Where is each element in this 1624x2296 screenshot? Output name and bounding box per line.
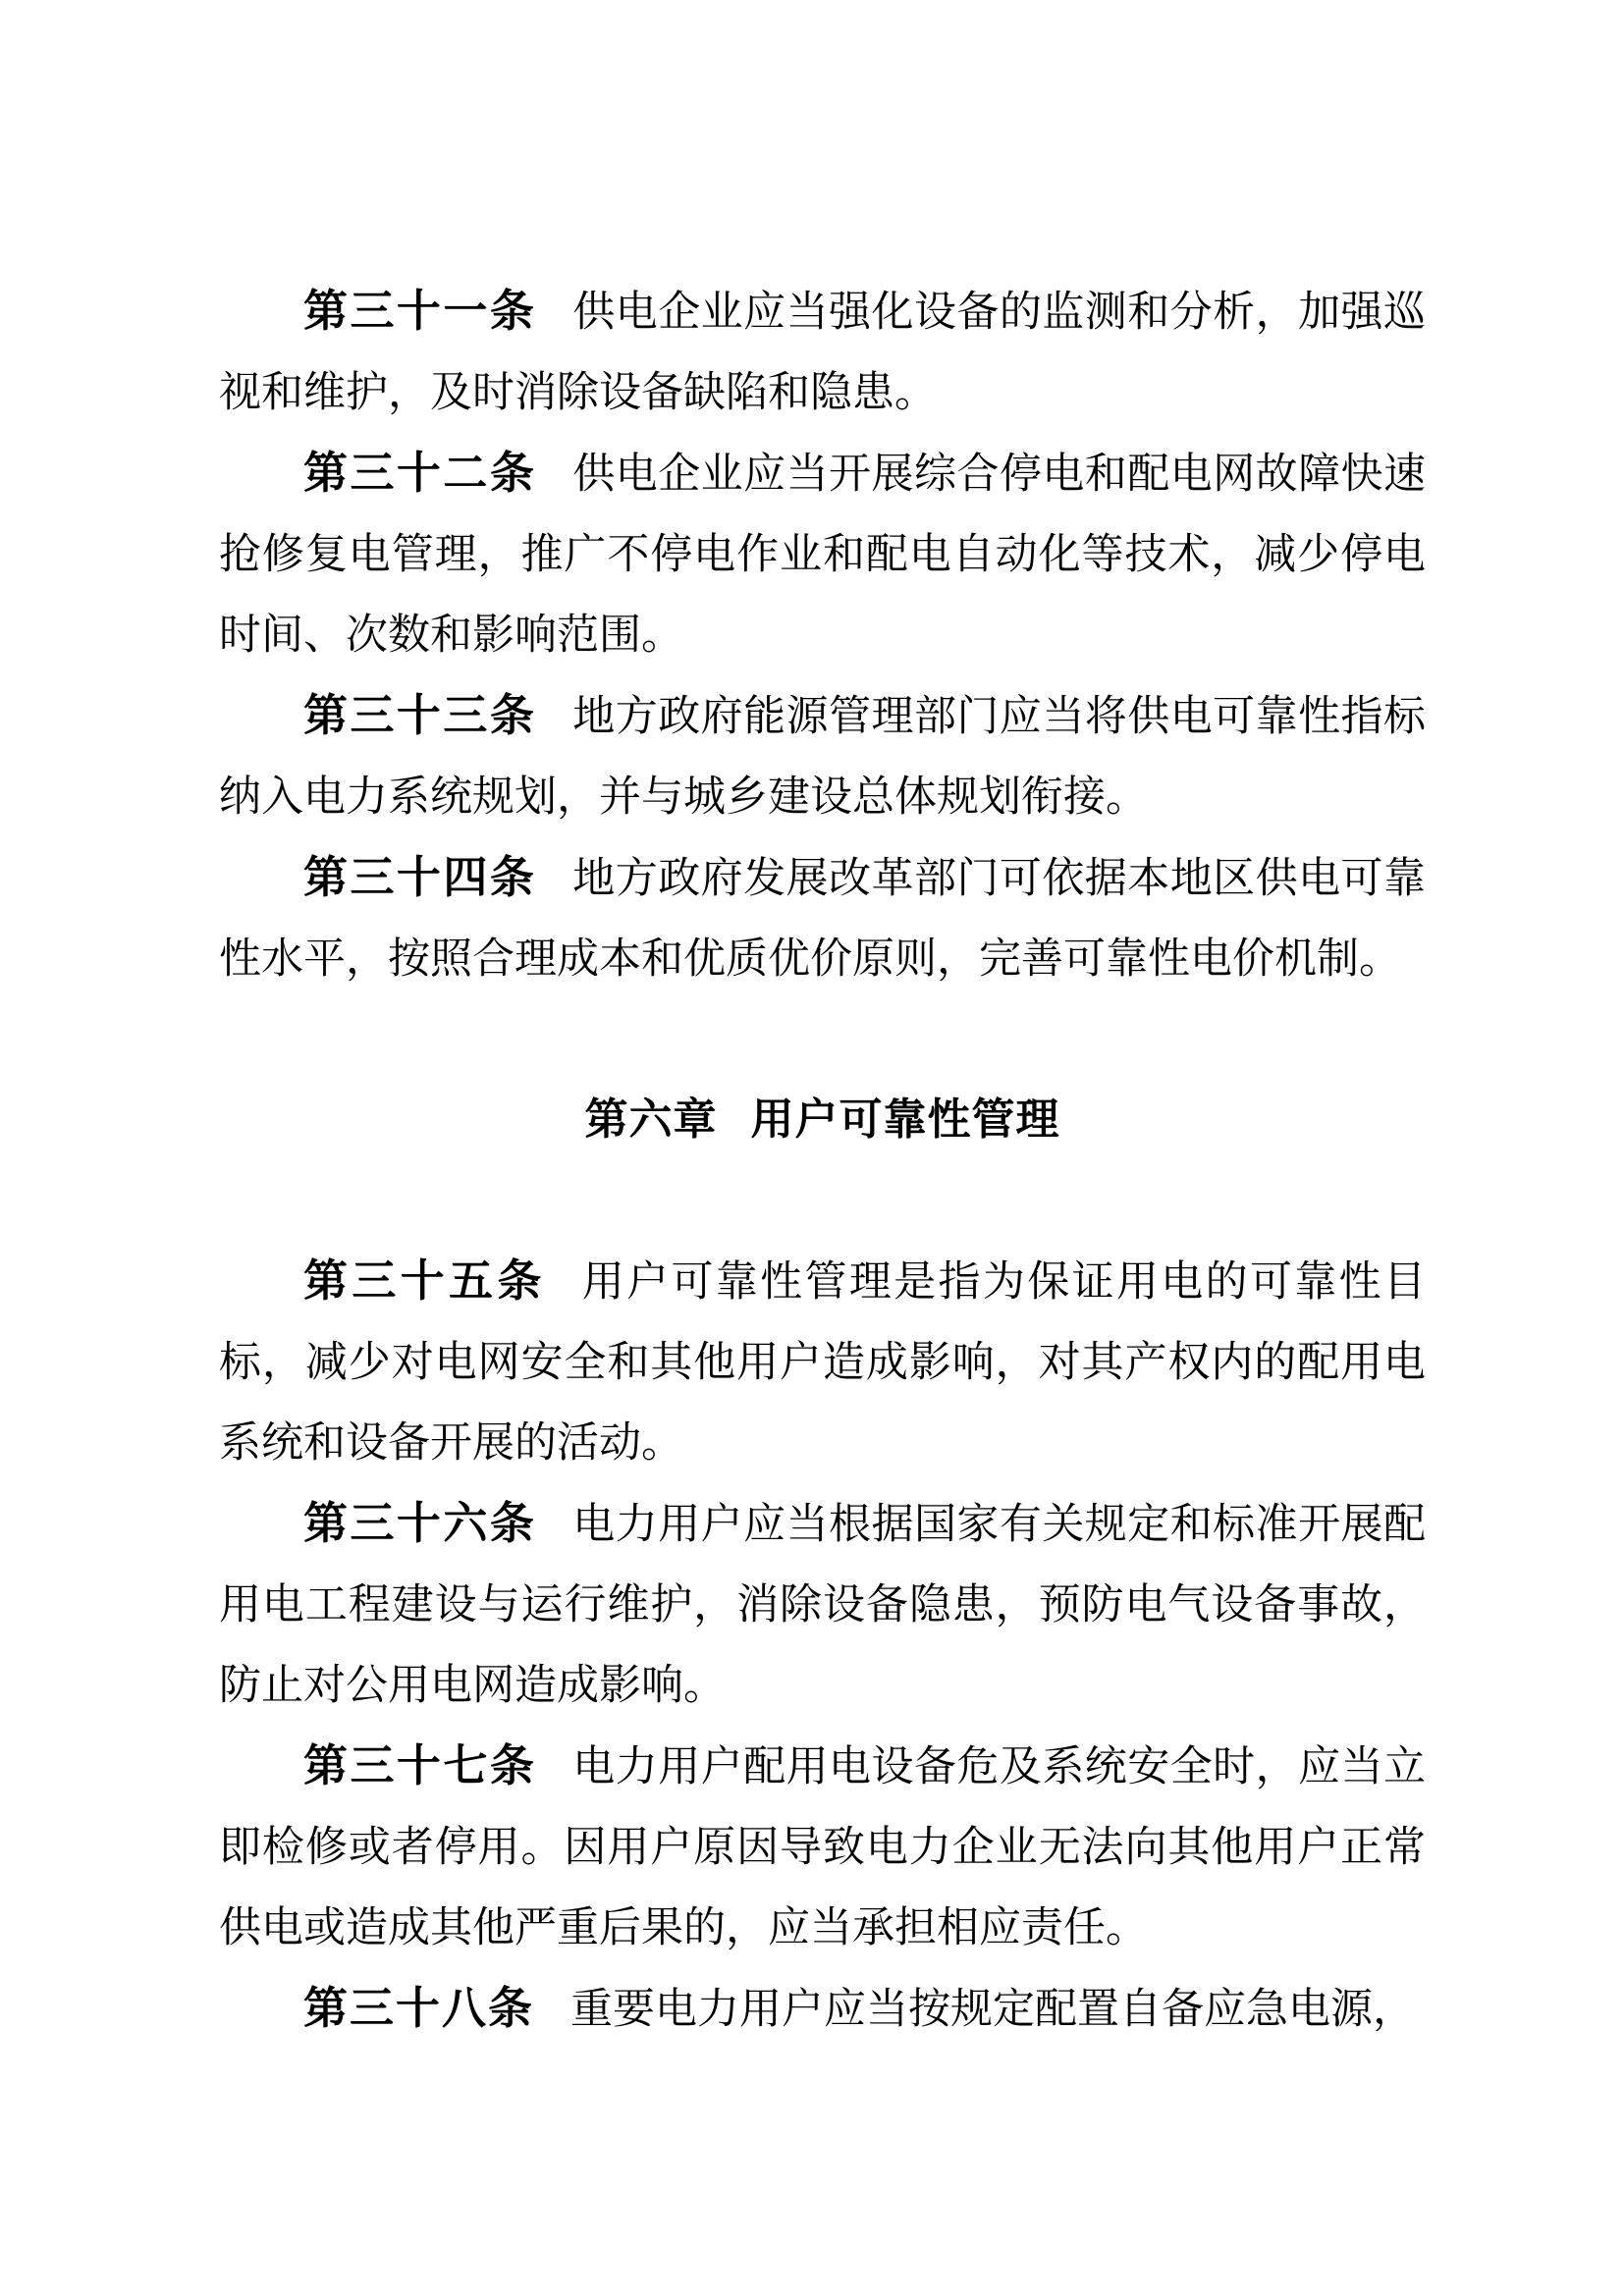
article-paragraph: 第三十七条电力用户配用电设备危及系统安全时，应当立即检修或者停用。因用户原因导致…: [219, 1726, 1426, 1968]
article-paragraph: 第三十一条供电企业应当强化设备的监测和分析，加强巡视和维护，及时消除设备缺陷和隐…: [219, 271, 1426, 433]
article-number-label: 第三十八条: [303, 1982, 534, 2034]
article-paragraph: 第三十四条地方政府发展改革部门可依据本地区供电可靠性水平，按照合理成本和优质优价…: [219, 837, 1426, 999]
article-text: 重要电力用户应当按规定配置自备应急电源，: [570, 1985, 1415, 2034]
article-number-label: 第三十二条: [303, 447, 536, 499]
chapter-title: 用户可靠性管理: [751, 1095, 1060, 1145]
chapter-heading: 第六章用户可靠性管理: [219, 1080, 1426, 1160]
article-paragraph: 第三十二条供电企业应当开展综合停电和配电网故障快速抢修复电管理，推广不停电作业和…: [219, 433, 1426, 675]
article-paragraph: 第三十三条地方政府能源管理部门应当将供电可靠性指标纳入电力系统规划，并与城乡建设…: [219, 675, 1426, 837]
article-number-label: 第三十一条: [303, 285, 536, 337]
chapter-number: 第六章: [585, 1095, 718, 1145]
article-paragraph: 第三十五条用户可靠性管理是指为保证用电的可靠性目标，减少对电网安全和其他用户造成…: [219, 1241, 1426, 1483]
document-text-block: 第三十一条供电企业应当强化设备的监测和分析，加强巡视和维护，及时消除设备缺陷和隐…: [219, 271, 1426, 2050]
article-paragraph: 第三十六条电力用户应当根据国家有关规定和标准开展配用电工程建设与运行维护，消除设…: [219, 1483, 1426, 1726]
article-number-label: 第三十六条: [303, 1497, 536, 1549]
article-number-label: 第三十五条: [303, 1255, 546, 1307]
article-number-label: 第三十七条: [303, 1739, 536, 1791]
article-number-label: 第三十四条: [303, 851, 536, 903]
article-paragraph: 第三十八条重要电力用户应当按规定配置自备应急电源，: [219, 1968, 1426, 2050]
article-number-label: 第三十三条: [303, 689, 536, 741]
document-page: 第三十一条供电企业应当强化设备的监测和分析，加强巡视和维护，及时消除设备缺陷和隐…: [0, 0, 1624, 2296]
